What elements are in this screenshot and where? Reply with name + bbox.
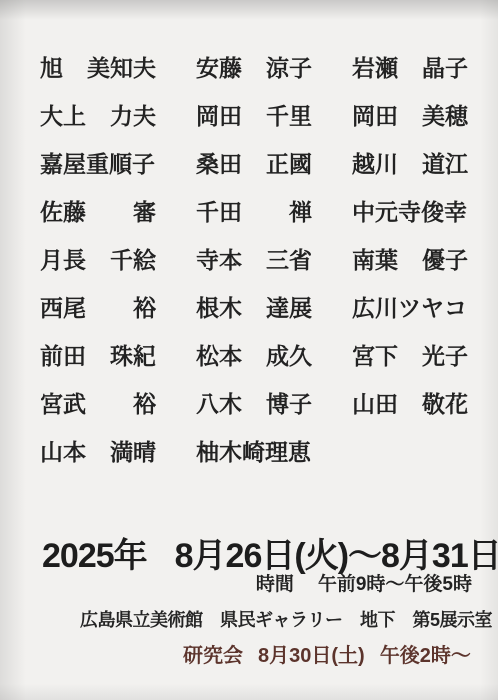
name-cell: 岩瀬晶子 [352,42,468,90]
name-full: 広川ツヤコ [352,290,467,323]
name-surname: 岡田 [196,98,242,131]
name-surname: 越川 [352,146,398,179]
name-cell: 山本満晴 [40,426,156,474]
name-cell: 宮下光子 [352,330,468,378]
meeting-label: 研究会 [183,639,243,668]
name-surname: 岩瀬 [352,50,398,83]
name-given: 敬花 [422,386,468,419]
name-given: 裕 [133,290,156,323]
name-given: 美知夫 [87,50,156,83]
name-cell: 岡田美穂 [352,90,468,138]
name-given: 美穂 [422,98,468,131]
exhibition-year: 2025年 [42,528,147,577]
name-given: 光子 [422,338,468,371]
name-cell: 寺本三省 [196,234,312,282]
name-cell: 嘉屋重順子 [40,138,156,186]
name-surname: 寺本 [196,242,242,275]
name-cell: 前田珠紀 [40,330,156,378]
name-surname: 月長 [40,242,86,275]
name-given: 成久 [266,338,312,371]
name-given: 優子 [422,242,468,275]
name-surname: 山田 [352,386,398,419]
name-surname: 旭 [40,50,63,83]
name-cell: 八木博子 [196,378,312,426]
name-given: 博子 [266,386,312,419]
name-surname: 八木 [196,386,242,419]
name-surname: 根木 [196,290,242,323]
name-cell: 西尾裕 [40,282,156,330]
name-surname: 前田 [40,338,86,371]
name-cell: 大上力夫 [40,90,156,138]
name-cell: 柚木崎理恵 [196,426,312,474]
name-surname: 宮下 [352,338,398,371]
venue-line: 広島県立美術館 県民ギャラリー 地下 第5展示室 [80,606,492,632]
name-cell: 桑田正國 [196,138,312,186]
name-cell: 宮武裕 [40,378,156,426]
name-cell: 月長千絵 [40,234,156,282]
name-surname: 佐藤 [40,194,86,227]
name-given: 晶子 [422,50,468,83]
name-surname: 宮武 [40,386,86,419]
name-cell: 佐藤審 [40,186,156,234]
name-cell: 千田禅 [196,186,312,234]
name-given: 三省 [266,242,312,275]
name-full: 中元寺俊幸 [352,194,467,227]
name-surname: 大上 [40,98,86,131]
time-label: 時間 [256,569,294,596]
name-cell: 安藤涼子 [196,42,312,90]
name-cell: 岡田千里 [196,90,312,138]
name-given: 正國 [266,146,312,179]
name-given: 審 [133,194,156,227]
name-given: 道江 [422,146,468,179]
name-given: 裕 [133,386,156,419]
exhibition-notice-page: 旭美知夫安藤涼子岩瀬晶子大上力夫岡田千里岡田美穂嘉屋重順子桑田正國越川道江佐藤審… [0,0,498,700]
name-given: 涼子 [266,50,312,83]
name-cell: 中元寺俊幸 [352,186,468,234]
name-surname: 安藤 [196,50,242,83]
meeting-line: 研究会 8月30日(土) 午後2時～ [183,639,471,668]
exhibition-time-line: 時間 午前9時～午後5時 [256,569,472,596]
name-full: 嘉屋重順子 [40,146,155,179]
names-grid: 旭美知夫安藤涼子岩瀬晶子大上力夫岡田千里岡田美穂嘉屋重順子桑田正國越川道江佐藤審… [40,42,468,474]
name-given: 禅 [289,194,312,227]
name-surname: 千田 [196,194,242,227]
name-given: 満晴 [110,434,156,467]
name-surname: 桑田 [196,146,242,179]
name-surname: 山本 [40,434,86,467]
name-surname: 西尾 [40,290,86,323]
name-cell: 広川ツヤコ [352,282,468,330]
name-cell: 根木達展 [196,282,312,330]
name-given: 力夫 [110,98,156,131]
name-surname: 松本 [196,338,242,371]
name-full: 柚木崎理恵 [196,434,311,467]
name-given: 達展 [266,290,312,323]
name-cell: 山田敬花 [352,378,468,426]
name-cell: 南葉優子 [352,234,468,282]
time-value: 午前9時～午後5時 [318,569,472,596]
meeting-date: 8月30日(土) [258,639,365,668]
name-cell: 旭美知夫 [40,42,156,90]
meeting-time: 午後2時～ [380,639,471,668]
name-given: 千絵 [110,242,156,275]
name-cell: 松本成久 [196,330,312,378]
name-given: 千里 [266,98,312,131]
name-surname: 南葉 [352,242,398,275]
name-given: 珠紀 [110,338,156,371]
name-surname: 岡田 [352,98,398,131]
name-cell: 越川道江 [352,138,468,186]
